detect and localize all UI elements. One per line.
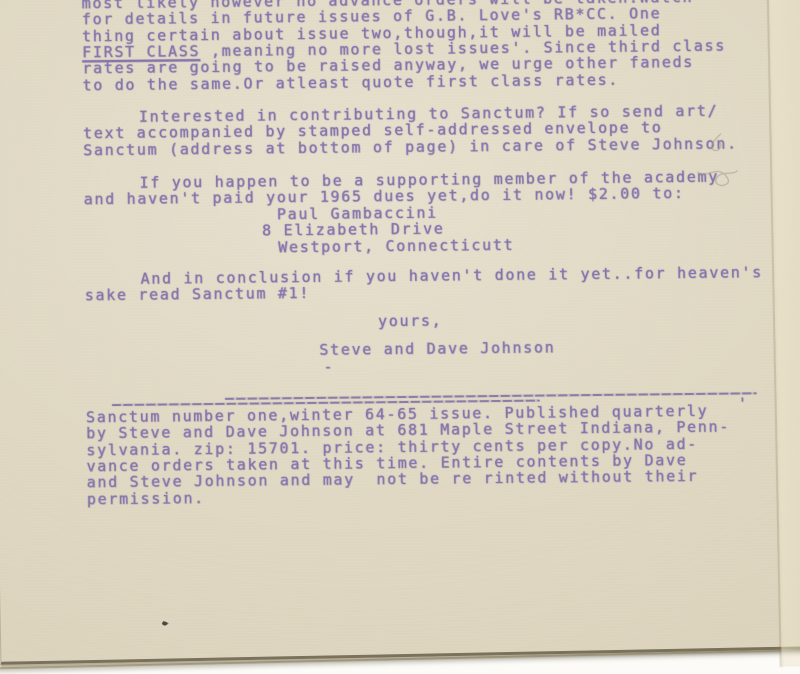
paragraph-orders: most likely however no advance orders wi… — [82, 0, 727, 93]
typed-rule-upper — [225, 392, 757, 400]
address-line: Westport, Connecticutt — [278, 237, 514, 256]
stray-apostrophe-mark: ' — [738, 395, 749, 411]
closing: yours, — [378, 313, 443, 330]
colophon: Sanctum number one,winter 64-65 issue. P… — [86, 403, 731, 508]
address-block: Paul Gambaccini 8 Elizabeth Drive Westpo… — [262, 204, 515, 256]
signature-line: Steve and Dave Johnson — [319, 339, 555, 358]
typed-content: most likely however no advance orders wi… — [0, 0, 800, 658]
paragraph-conclusion: And in conclusion if you haven't done it… — [84, 264, 763, 304]
paragraph-dues: If you happen to be a supporting member … — [83, 169, 719, 208]
stray-dash-mark: - — [323, 359, 334, 375]
document-page: most likely however no advance orders wi… — [0, 0, 800, 665]
signature: Steve and Dave Johnson — [319, 339, 555, 358]
closing-line: yours, — [378, 313, 443, 330]
paragraph-contributing: Interested in contributing to Sanctum? I… — [83, 102, 738, 158]
scanned-document: { "doc": { "p1": [ "most likely however … — [0, 0, 800, 674]
ink-speck — [162, 621, 168, 627]
pencil-scribble-mark — [689, 130, 740, 191]
